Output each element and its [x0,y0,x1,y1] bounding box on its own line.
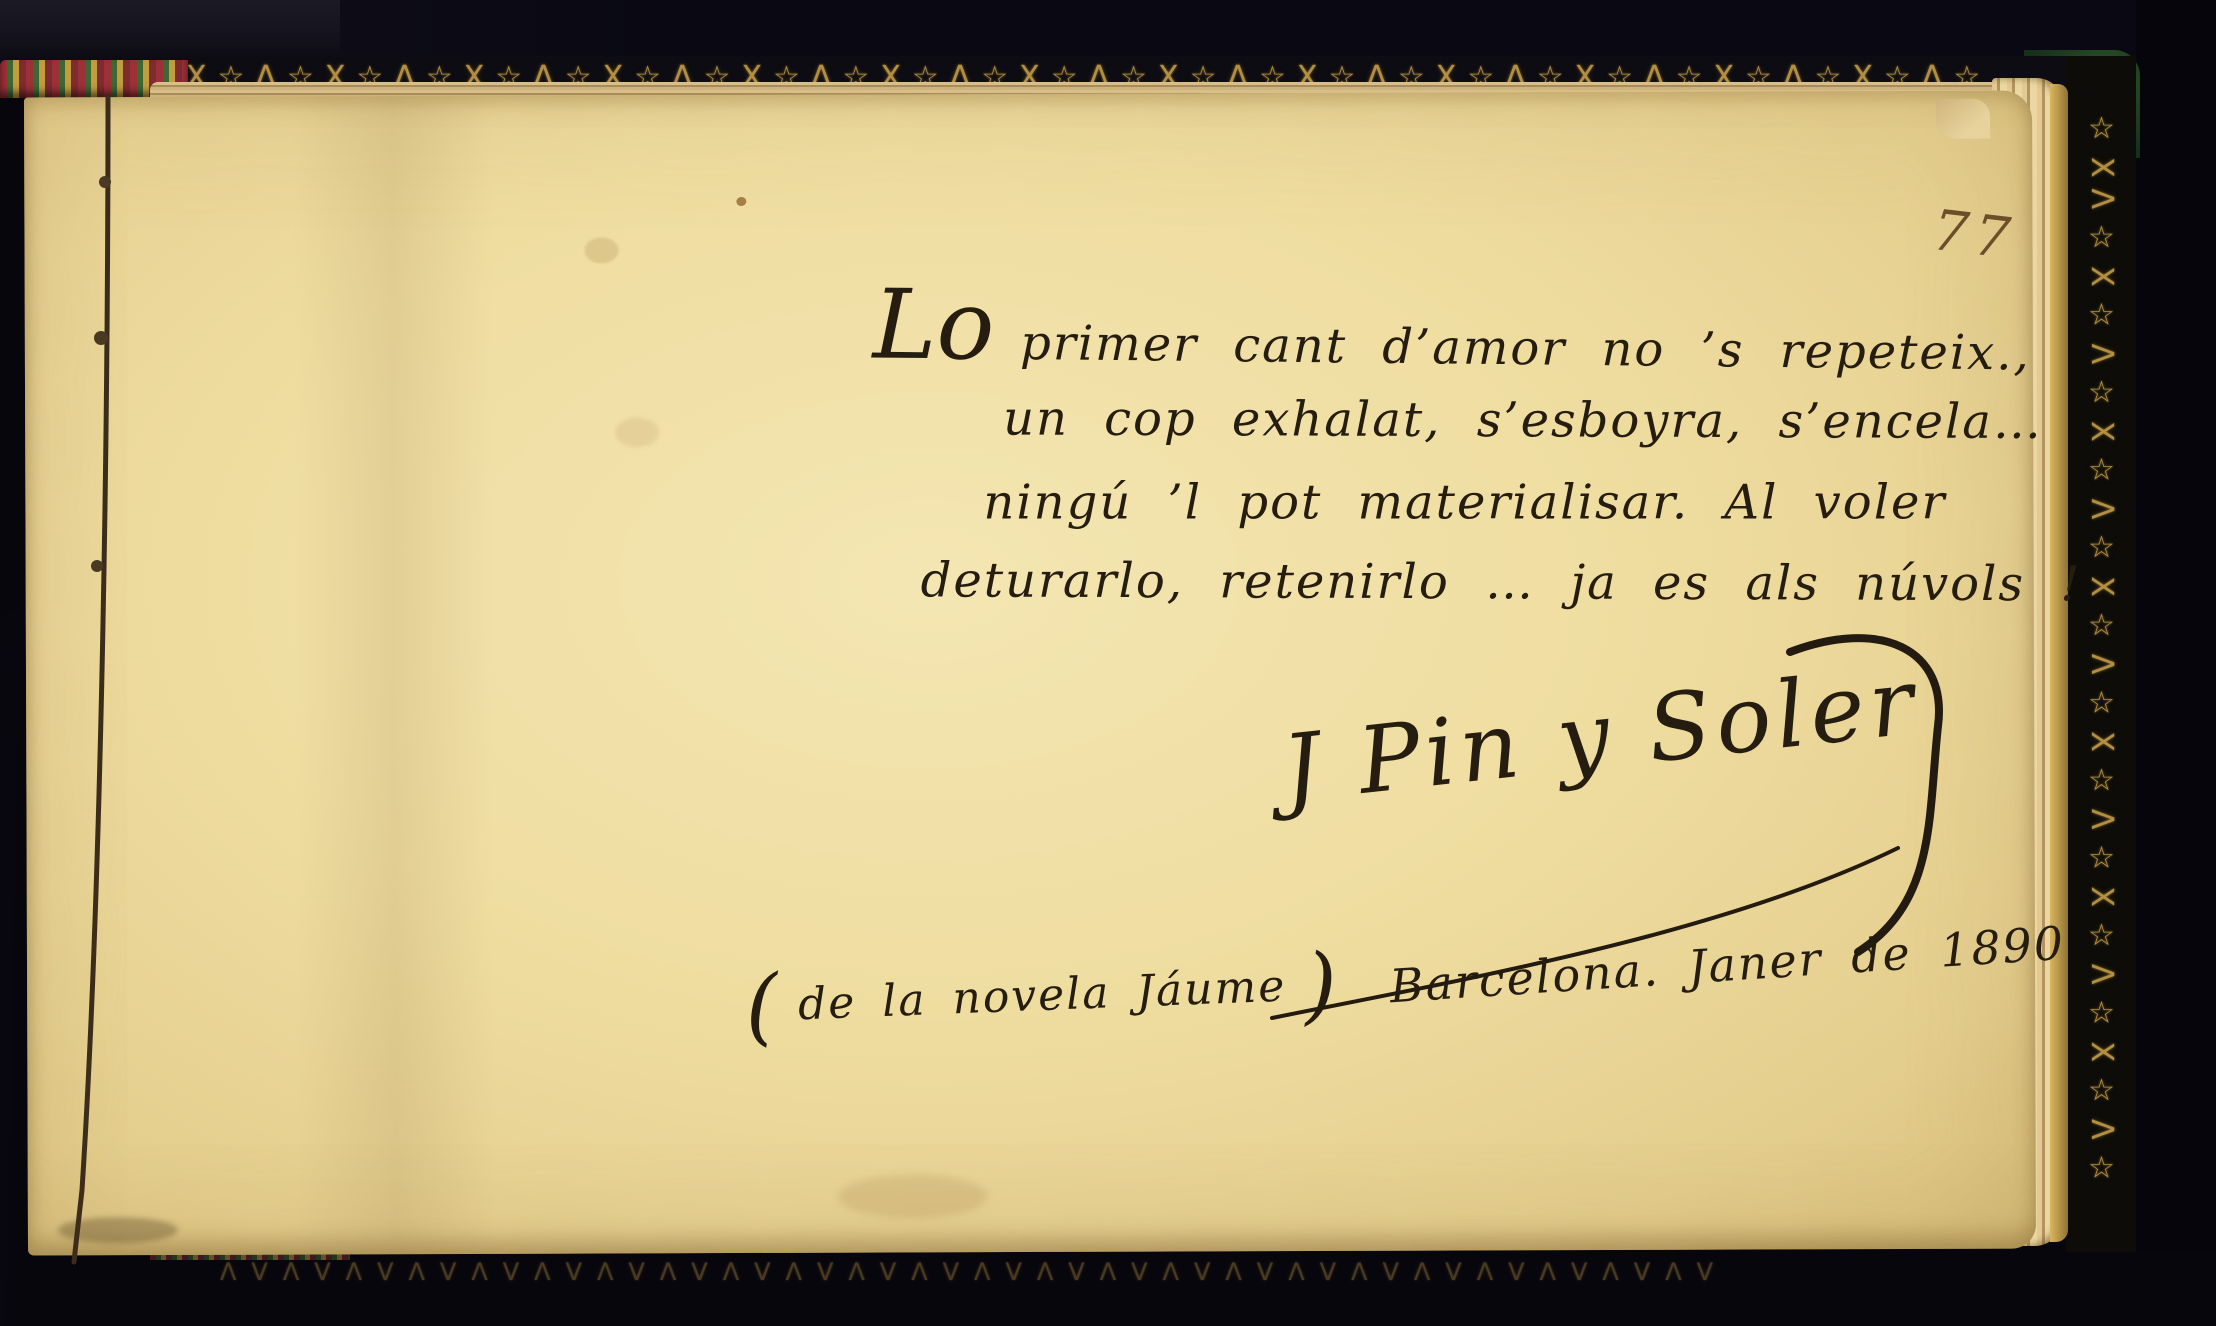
handwritten-line-3: ningú ’l pot materialisar. Al voler [983,474,1946,530]
album-cover-right [2136,0,2216,1326]
handwritten-line-4: deturarlo, retenirlo … ja es als núvols … [921,552,2082,612]
place-and-date: Barcelona. Janer de 1890 [1388,916,2067,1014]
gilded-page-edge [2050,84,2068,1242]
author-signature: J Pin y Soler [1277,648,1923,823]
gilt-border-bottom-icon: ΛVΛVΛVΛVΛVΛVΛVΛVΛVΛVΛVΛVΛVΛVΛVΛVΛVΛVΛVΛV… [220,1252,2060,1296]
paper-stain [615,417,659,447]
page-crease [292,96,496,1255]
album-spine-corner [0,0,340,64]
ink-spot [736,197,746,206]
album-page: 77 Lo primer cant d’amor no ’s repeteix.… [24,90,2036,1255]
open-paren: ( [744,972,781,1040]
handwritten-line-1-initial: Lo [872,276,995,373]
photographed-album-page: X☆Λ☆X☆Λ☆X☆Λ☆X☆Λ☆X☆Λ☆X☆Λ☆X☆Λ☆X☆Λ☆X☆Λ☆X☆Λ☆… [0,0,2216,1326]
handwritten-line-1-text: primer cant d’amor no ’s repeteix., [1020,315,2031,382]
paper-stain [584,237,618,263]
page-corner-fold [1936,99,1990,139]
novel-reference: ( de la novela Jáume ) [744,951,1340,1041]
cover-left-sliver [0,610,24,1326]
handwritten-line-1: Lo primer cant d’amor no ’s repeteix., [872,276,2031,384]
page-number: 77 [1929,198,2019,272]
paper-stain [838,1174,988,1219]
close-paren: ) [1303,951,1340,1019]
paper-smudge [58,1217,178,1243]
novel-reference-text: de la novela Jáume [797,961,1287,1031]
handwritten-line-2: un cop exhalat, s’esboyra, s’encela… [1003,390,2043,450]
gilt-border-right-icon: ☆XΛ☆X☆Λ☆X☆Λ☆X☆Λ☆X☆Λ☆X☆Λ☆X☆Λ☆ [2066,56,2136,1252]
